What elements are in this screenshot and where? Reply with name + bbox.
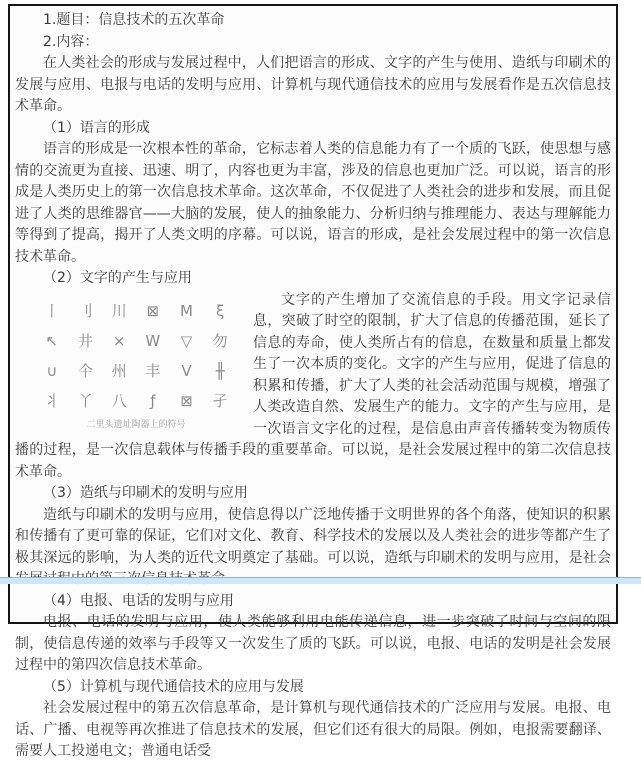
- pottery-symbol: ⊠: [170, 386, 204, 416]
- pottery-symbol: 州: [102, 356, 136, 386]
- pottery-symbol: W: [136, 326, 170, 356]
- section-3-paragraph: 造纸与印刷术的发明与应用，使信息得以广泛地传播于文明世界的各个角落，使知识的积累…: [15, 505, 611, 585]
- document-frame: 1.题目：信息技术的五次革命 2.内容： 在人类社会的形成与发展过程中，人们把语…: [8, 4, 618, 584]
- doc-intro-paragraph: 在人类社会的形成与发展过程中，人们把语言的形成、文字的产生与使用、造纸与印刷术的…: [15, 53, 611, 118]
- doc-content-label: 2.内容：: [15, 32, 611, 54]
- doc-title-line: 1.题目：信息技术的五次革命: [15, 10, 611, 32]
- pottery-symbol: 孑: [203, 386, 237, 416]
- section-2-heading: （2）文字的产生与应用: [15, 268, 611, 290]
- pottery-symbols-caption: 二里头遗址陶器上的符号: [35, 419, 237, 431]
- section-2-block: 丨刂川⊠Mξ↖井×W▽勿∪仐州丰V╫丬丫八ƒ⊠孑 二里头遗址陶器上的符号 文字的…: [15, 290, 611, 484]
- section-1-paragraph: 语言的形成是一次根本性的革命，它标志着人类的信息能力有了一个质的飞跃，使思想与感…: [15, 139, 611, 268]
- pottery-symbol: ×: [102, 326, 136, 356]
- pottery-symbol: 丨: [35, 296, 69, 326]
- pottery-symbol: 八: [102, 386, 136, 416]
- pottery-symbol: M: [170, 296, 204, 326]
- pottery-symbol: ξ: [203, 296, 237, 326]
- pottery-symbol: 丬: [35, 386, 69, 416]
- pottery-symbol: 丫: [69, 386, 103, 416]
- pottery-symbol: 仐: [69, 356, 103, 386]
- pottery-symbol: ▽: [170, 326, 204, 356]
- pottery-symbol: ⊠: [136, 296, 170, 326]
- pottery-symbol: 川: [102, 296, 136, 326]
- section-3-heading: （3）造纸与印刷术的发明与应用: [15, 483, 611, 505]
- document-body: 1.题目：信息技术的五次革命 2.内容： 在人类社会的形成与发展过程中，人们把语…: [15, 10, 611, 584]
- section-1-heading: （1）语言的形成: [15, 118, 611, 140]
- pottery-symbol: V: [170, 356, 204, 386]
- pottery-symbol: 刂: [69, 296, 103, 326]
- pottery-symbol: 井: [69, 326, 103, 356]
- window-bottom-strip: [0, 577, 641, 584]
- pottery-symbols-figure: 丨刂川⊠Mξ↖井×W▽勿∪仐州丰V╫丬丫八ƒ⊠孑 二里头遗址陶器上的符号: [35, 296, 237, 431]
- pottery-symbol: ∪: [35, 356, 69, 386]
- pottery-symbol: ƒ: [136, 386, 170, 416]
- pottery-symbol: ↖: [35, 326, 69, 356]
- pottery-symbol: ╫: [203, 356, 237, 386]
- pottery-symbol: 勿: [203, 326, 237, 356]
- pottery-symbols-grid: 丨刂川⊠Mξ↖井×W▽勿∪仐州丰V╫丬丫八ƒ⊠孑: [35, 296, 237, 416]
- pottery-symbol: 丰: [136, 356, 170, 386]
